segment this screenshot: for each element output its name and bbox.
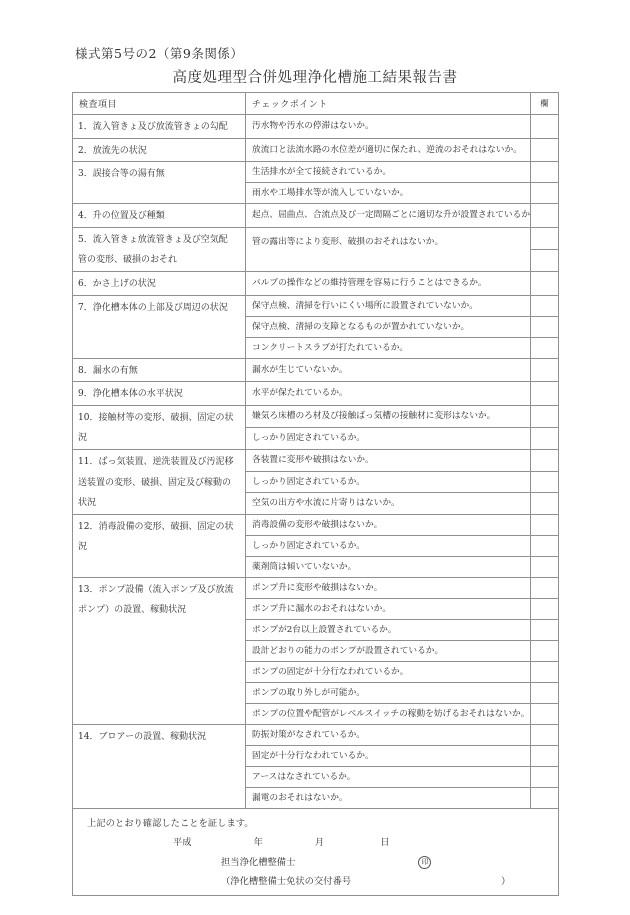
check-mark-cell [531,514,559,535]
header-mark-column: 欄 [531,93,559,115]
checkpoint-text: 固定が十分行なわれているか。 [246,745,531,766]
check-mark-cell [531,316,559,337]
check-mark-cell [531,745,559,766]
table-row: 10．接触材等の変形、破損、固定の状 況嫌気ろ床槽のろ材及び接触ばっ気槽の接触材… [73,405,559,427]
checkpoint-text: 保守点検、清掃を行いにくい場所に設置されていないか。 [246,295,531,316]
checkpoint-text: 水平が保たれているか。 [246,382,531,406]
check-mark-cell [531,204,559,228]
check-mark-cell [531,427,559,449]
checkpoint-text: バルブの操作などの維持管理を容易に行うことはできるか。 [246,271,531,295]
check-mark-cell [531,471,559,493]
check-mark-cell [531,682,559,703]
checkpoint-text: 起点、屈曲点、合流点及び一定間隔ごとに適切な升が設置されているか。 [246,204,531,228]
checkpoint-text: 漏電のおそれはないか。 [246,787,531,808]
inspection-item: 7．浄化槽本体の上部及び周辺の状況 [73,295,246,358]
seal-char: 印 [421,858,428,866]
check-mark-cell [531,724,559,745]
inspection-item: 13．ポンプ設備（流入ポンプ及び放流 ポンプ）の設置、稼動状況 [73,577,246,724]
checkpoint-text: 放流口と法流水路の水位差が適切に保たれ、逆流のおそれはないか。 [246,138,531,162]
checkpoint-text: 雨水や工場排水等が流入していないか。 [246,183,531,204]
inspection-item: 6．かさ上げの状況 [73,271,246,295]
checkpoint-text: 消毒設備の変形や破損はないか。 [246,514,531,535]
check-mark-cell [531,337,559,358]
table-row: 14．ブロアーの設置、稼動状況防振対策がなされているか。 [73,724,559,745]
check-mark-cell [531,227,559,249]
checkpoint-text: 防振対策がなされているか。 [246,724,531,745]
era-label: 平成 [173,837,192,848]
check-mark-cell [531,162,559,183]
check-mark-cell [531,138,559,162]
check-mark-cell [531,358,559,382]
inspection-item: 4．升の位置及び種類 [73,204,246,228]
license-line: （浄化槽整備士免状の交付番号 ） [73,873,558,893]
checkpoint-text: 生活排水が全て接続されているか。 [246,162,531,183]
table-row: 13．ポンプ設備（流入ポンプ及び放流 ポンプ）の設置、稼動状況ポンプ升に変形や破… [73,577,559,598]
checkpoint-text: ポンプ升に変形や破損はないか。 [246,577,531,598]
check-mark-cell [531,115,559,139]
inspection-item: 2．放流先の状況 [73,138,246,162]
checkpoint-text: ポンプの取り外しが可能か。 [246,682,531,703]
confirmation-line: 上記のとおり確認したことを証します。 [73,815,558,835]
table-row: 11．ばっ気装置、逆洗装置及び汚泥移 送装置の変形、破損、固定及び稼動の 状況各… [73,449,559,471]
table-row: 2．放流先の状況放流口と法流水路の水位差が適切に保たれ、逆流のおそれはないか。 [73,138,559,162]
engineer-label: 担当浄化槽整備士 [221,857,295,868]
inspection-item: 3．誤接合等の湯有無 [73,162,246,204]
table-row: 9．浄化槽本体の水平状況水平が保たれているか。 [73,382,559,406]
checkpoint-text: しっかり固定されているか。 [246,471,531,493]
inspection-table: 検査項目 チェックポイント 欄 1．流入管きょ及び放流管きょの勾配汚水物や汚水の… [72,92,559,896]
table-header-row: 検査項目 チェックポイント 欄 [73,93,559,115]
check-mark-cell [531,493,559,515]
check-mark-cell [531,661,559,682]
license-label: （浄化槽整備士免状の交付番号 [221,876,351,887]
checkpoint-text: しっかり固定されているか。 [246,535,531,556]
header-checkpoint: チェックポイント [246,93,531,115]
checkpoint-text: ポンプ升に漏水のおそれはないか。 [246,598,531,619]
table-row: 12．消毒設備の変形、破損、固定の状 況消毒設備の変形や破損はないか。 [73,514,559,535]
checkpoint-text: 嫌気ろ床槽のろ材及び接触ばっ気槽の接触材に変形はないか。 [246,405,531,427]
engineer-line: 担当浄化槽整備士 印 [73,854,558,874]
check-mark-cell [531,787,559,808]
inspection-item: 10．接触材等の変形、破損、固定の状 況 [73,405,246,449]
checkpoint-text: 汚水物や汚水の停滞はないか。 [246,115,531,139]
inspection-item: 9．浄化槽本体の水平状況 [73,382,246,406]
check-mark-cell [531,183,559,204]
inspection-item: 14．ブロアーの設置、稼動状況 [73,724,246,808]
signature-section: 上記のとおり確認したことを証します。 平成 年 月 日 担当浄化槽整備士 印 （… [73,808,559,895]
checkpoint-text: 管の露出等により変形、破損のおそれはないか。 [246,227,531,271]
checkpoint-text: ポンプが2台以上設置されているか。 [246,619,531,640]
header-inspection-item: 検査項目 [73,93,246,115]
table-row: 1．流入管きょ及び放流管きょの勾配汚水物や汚水の停滞はないか。 [73,115,559,139]
check-mark-cell [531,249,559,271]
year-label: 年 [254,837,263,848]
check-mark-cell [531,703,559,724]
seal-icon: 印 [418,856,431,869]
checkpoint-text: ポンプの位置や配管がレベルスイッチの稼動を妨げるおそれはないか。 [246,703,531,724]
inspection-item: 8．漏水の有無 [73,358,246,382]
confirmation-text: 上記のとおり確認したことを証します。 [87,818,254,829]
check-mark-cell [531,619,559,640]
date-line: 平成 年 月 日 [73,834,558,854]
check-mark-cell [531,449,559,471]
checkpoint-text: コンクリートスラブが打たれているか。 [246,337,531,358]
check-mark-cell [531,598,559,619]
check-mark-cell [531,640,559,661]
check-mark-cell [531,382,559,406]
table-row: 4．升の位置及び種類起点、屈曲点、合流点及び一定間隔ごとに適切な升が設置されてい… [73,204,559,228]
checkpoint-text: 薬剤筒は傾いていないか。 [246,556,531,577]
checkpoint-text: しっかり固定されているか。 [246,427,531,449]
table-row: 8．漏水の有無漏水が生じていないか。 [73,358,559,382]
checkpoint-text: 漏水が生じていないか。 [246,358,531,382]
check-mark-cell [531,405,559,427]
checkpoint-text: 空気の出方や水流に片寄りはないか。 [246,493,531,515]
inspection-item: 12．消毒設備の変形、破損、固定の状 況 [73,514,246,577]
checkpoint-text: 各装置に変形や破損はないか。 [246,449,531,471]
checkpoint-text: 保守点検、清掃の支障となるものが置かれていないか。 [246,316,531,337]
table-row: 7．浄化槽本体の上部及び周辺の状況保守点検、清掃を行いにくい場所に設置されていな… [73,295,559,316]
signature-cell: 上記のとおり確認したことを証します。 平成 年 月 日 担当浄化槽整備士 印 （… [73,808,559,895]
checkpoint-text: 設計どおりの能力のポンプが設置されているか。 [246,640,531,661]
month-label: 月 [315,837,324,848]
table-row: 5．流入管きょ放流管きょ及び空気配 管の変形、破損のおそれ管の露出等により変形、… [73,227,559,249]
inspection-item: 11．ばっ気装置、逆洗装置及び汚泥移 送装置の変形、破損、固定及び稼動の 状況 [73,449,246,514]
checkpoint-text: ポンプの固定が十分行なわれているか。 [246,661,531,682]
page-title: 高度処理型合併処理浄化槽施工結果報告書 [72,66,558,87]
license-close-paren: ） [501,876,510,887]
day-label: 日 [380,837,389,848]
check-mark-cell [531,271,559,295]
inspection-item: 1．流入管きょ及び放流管きょの勾配 [73,115,246,139]
table-row: 3．誤接合等の湯有無生活排水が全て接続されているか。 [73,162,559,183]
check-mark-cell [531,295,559,316]
checkpoint-text: アースはなされているか。 [246,766,531,787]
table-row: 6．かさ上げの状況バルブの操作などの維持管理を容易に行うことはできるか。 [73,271,559,295]
check-mark-cell [531,577,559,598]
form-number: 様式第5号の2（第9条関係） [75,44,243,62]
check-mark-cell [531,766,559,787]
check-mark-cell [531,556,559,577]
inspection-item: 5．流入管きょ放流管きょ及び空気配 管の変形、破損のおそれ [73,227,246,271]
check-mark-cell [531,535,559,556]
